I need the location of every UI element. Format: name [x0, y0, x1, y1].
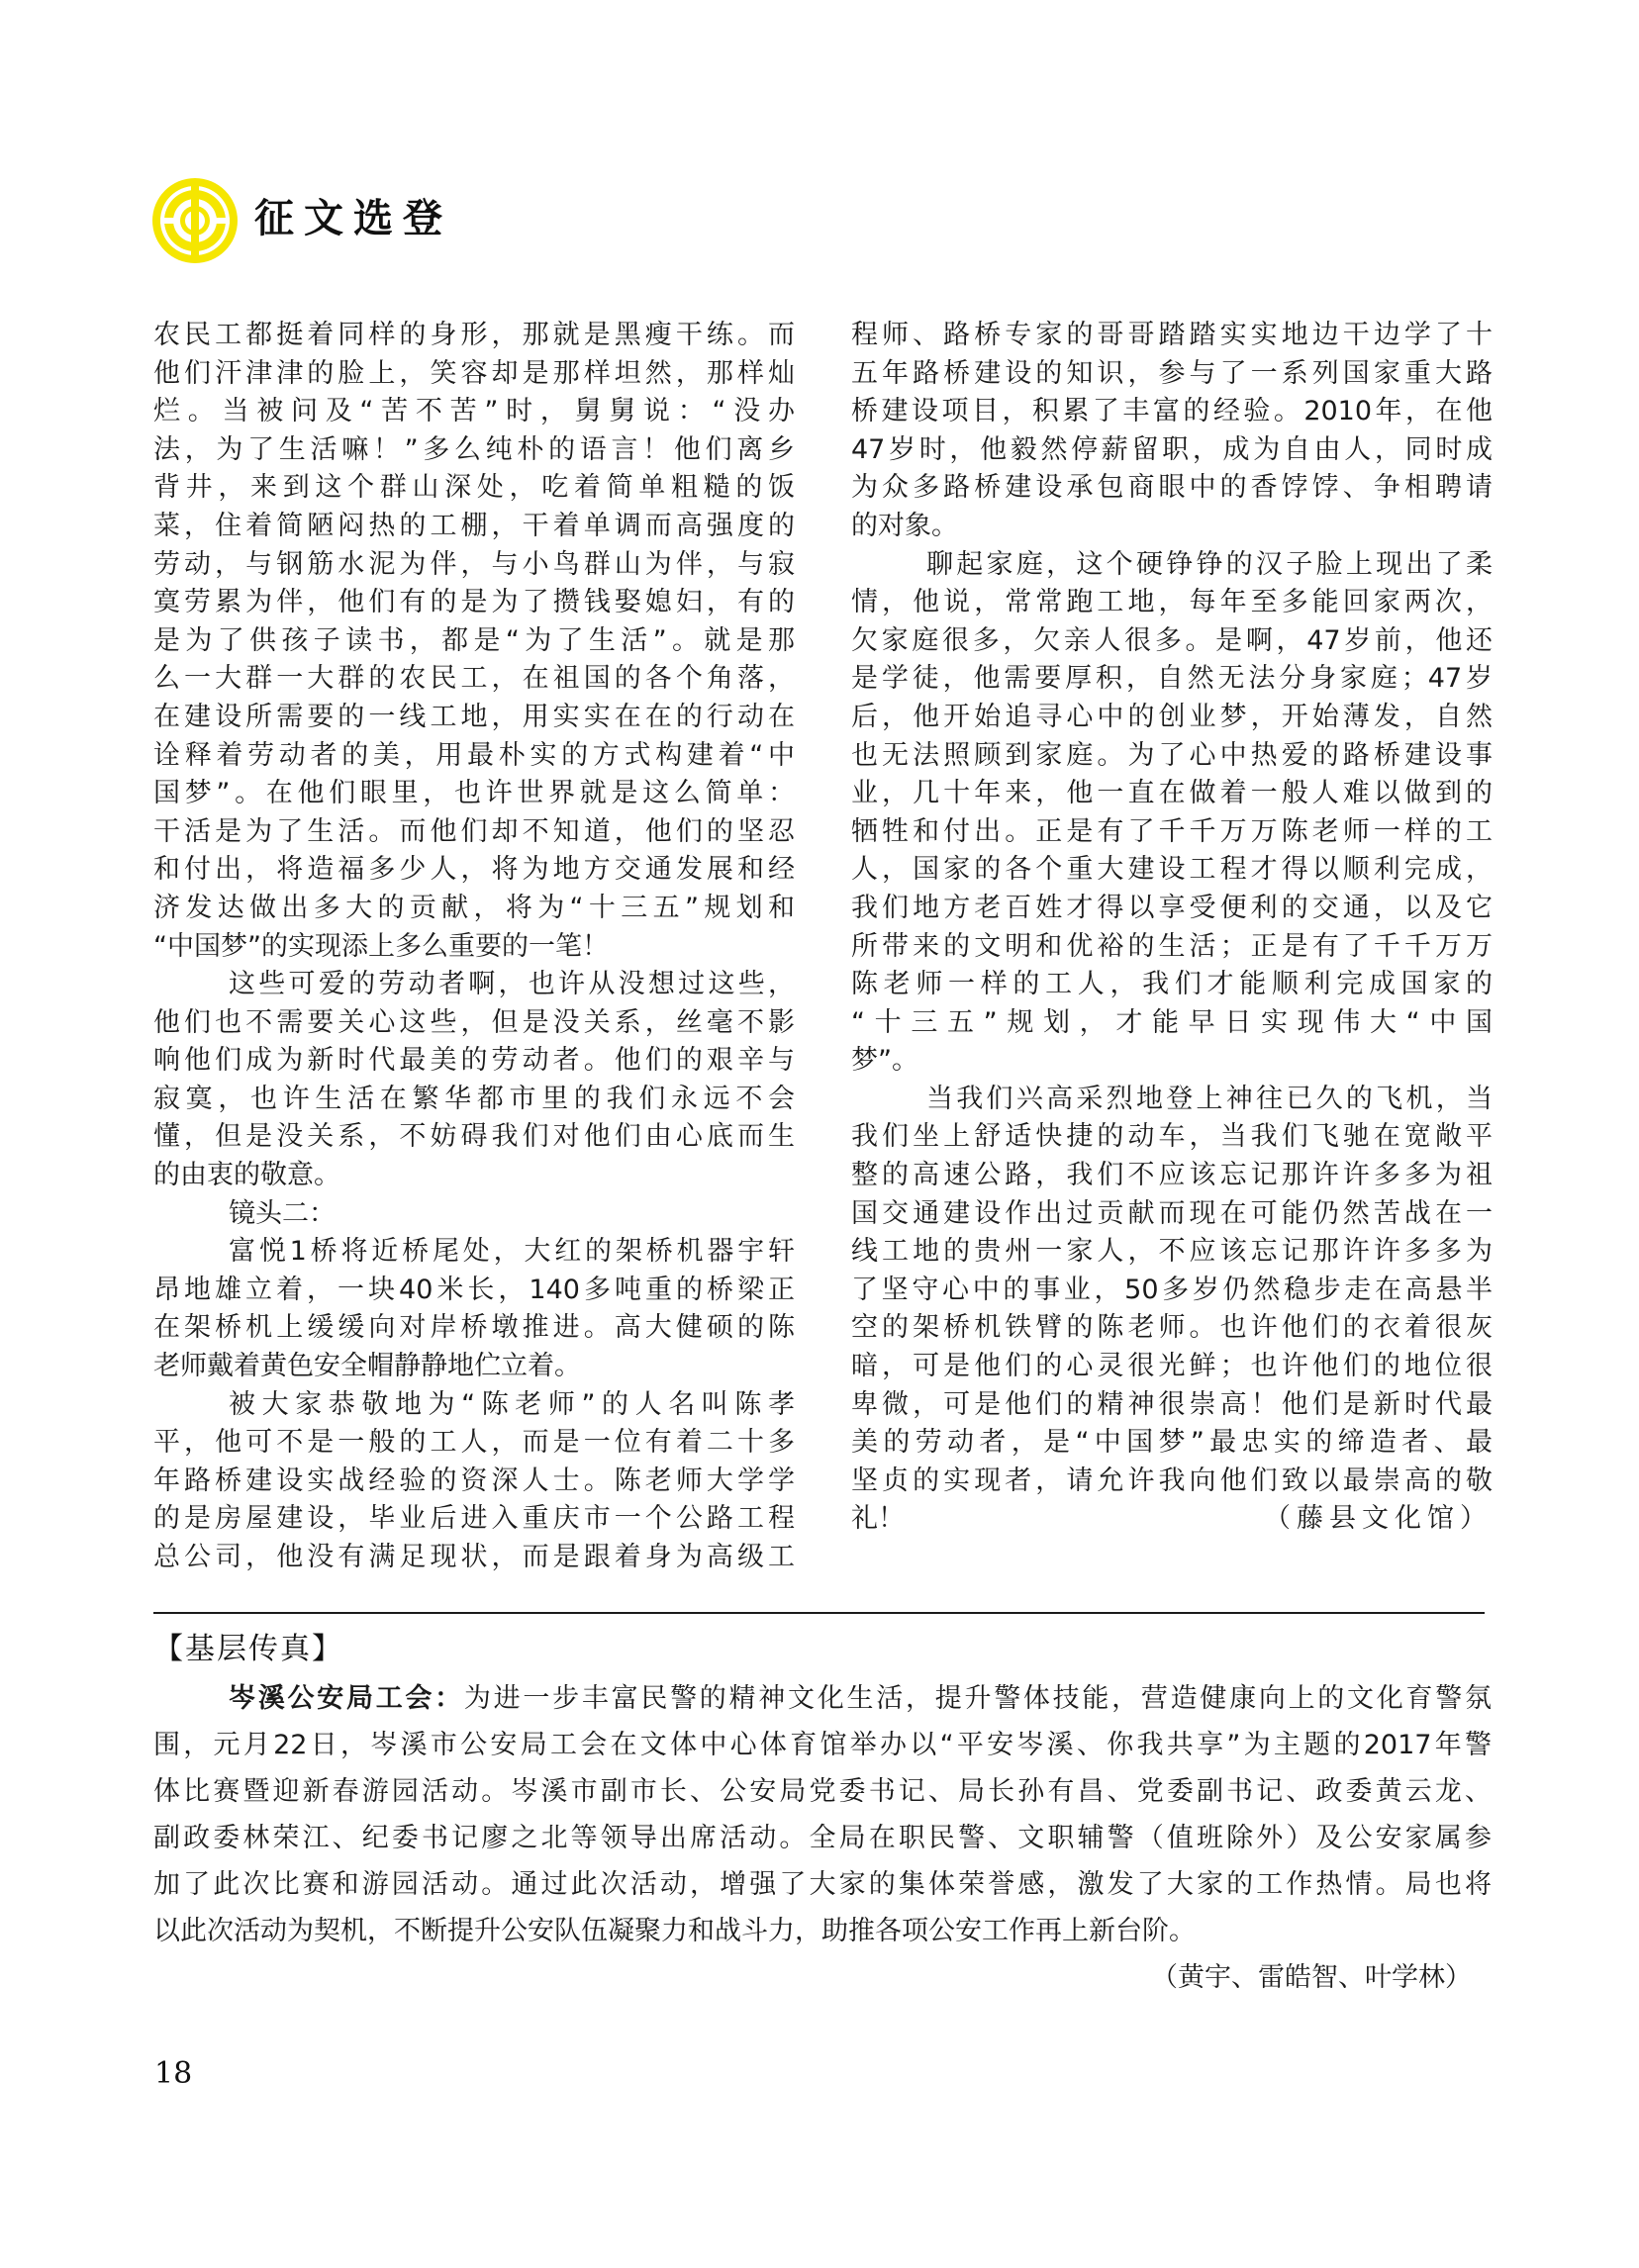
paragraph-line: “中国梦”的实现添上多么重要的一笔！: [153, 928, 795, 967]
news-line: 围，元月22日，岑溪市公安局工会在文体中心体育馆举办以“平安岑溪、你我共享”为主…: [153, 1722, 1492, 1768]
section-title: 征文选登: [254, 194, 452, 243]
paragraph-line: 47岁时，他毅然停薪留职，成为自由人，同时成: [851, 431, 1493, 470]
paragraph-line: 所带来的文明和优裕的生活；正是有了千千万万: [851, 928, 1493, 967]
paragraph-line: 的是房屋建设，毕业后进入重庆市一个公路工程: [153, 1500, 795, 1539]
paragraph-line: 也无法照顾到家庭。为了心中热爱的路桥建设事: [851, 737, 1493, 776]
news-line-text: 为进一步丰富民警的精神文化生活，提升警体技能，营造健康向上的文化育警氛: [464, 1683, 1492, 1714]
paragraph-line: 劳动，与钢筋水泥为伴，与小鸟群山为伴，与寂: [153, 546, 795, 585]
paragraph-line: 法，为了生活嘛！”多么纯朴的语言！他们离乡: [153, 431, 795, 470]
article-left-column: 农民工都挺着同样的身形，那就是黑瘦干练。而他们汗津津的脸上，笑容却是那样坦然，那…: [153, 317, 795, 1577]
paragraph-line: 情，他说，常常跑工地，每年至多能回家两次，: [851, 584, 1493, 622]
paragraph-line: 我们地方老百姓才得以享受便利的交通，以及它: [851, 890, 1493, 928]
section-divider: [153, 1612, 1485, 1614]
paragraph-line: 国交通建设作出过贡献而现在可能仍然苦战在一: [851, 1195, 1493, 1234]
news-lead: 岑溪公安局工会：: [229, 1683, 464, 1714]
paragraph-line: 人，国家的各个重大建设工程才得以顺利完成，: [851, 851, 1493, 890]
paragraph-line: 昂地雄立着，一块40米长，140多吨重的桥梁正: [153, 1272, 795, 1310]
article-attribution: （藤县文化馆）: [1264, 1500, 1493, 1539]
paragraph-line: “十三五”规划，才能早日实现伟大“中国: [851, 1004, 1493, 1043]
news-line: 副政委林荣江、纪委书记廖之北等领导出席活动。全局在职民警、文职辅警（值班除外）及…: [153, 1815, 1492, 1861]
news-body: 岑溪公安局工会：为进一步丰富民警的精神文化生活，提升警体技能，营造健康向上的文化…: [153, 1675, 1492, 1954]
news-brief: 【基层传真】 岑溪公安局工会：为进一步丰富民警的精神文化生活，提升警体技能，营造…: [153, 1628, 1492, 2001]
closing-text: 礼！: [851, 1500, 905, 1539]
paragraph-line: 欠家庭很多，欠亲人很多。是啊，47岁前，他还: [851, 622, 1493, 661]
article-closing-line: 礼！（藤县文化馆）: [851, 1500, 1493, 1539]
paragraph-line: 和付出，将造福多少人，将为地方交通发展和经: [153, 851, 795, 890]
paragraph-line: 的对象。: [851, 508, 1493, 546]
paragraph-line: 被大家恭敬地为“陈老师”的人名叫陈孝: [153, 1386, 795, 1425]
paragraph-line: 当我们兴高采烈地登上神往已久的飞机，当: [851, 1081, 1493, 1119]
paragraph-line: 卑微，可是他们的精神很崇高！他们是新时代最: [851, 1386, 1493, 1425]
paragraph-line: 在架桥机上缓缓向对岸桥墩推进。高大健硕的陈: [153, 1309, 795, 1348]
paragraph-line: 干活是为了生活。而他们却不知道，他们的坚忍: [153, 813, 795, 852]
article-right-column: 程师、路桥专家的哥哥踏踏实实地边干边学了十五年路桥建设的知识，参与了一系列国家重…: [851, 317, 1493, 1539]
paragraph-line: 我们坐上舒适快捷的动车，当我们飞驰在宽敞平: [851, 1118, 1493, 1157]
paragraph-line: 美的劳动者，是“中国梦”最忠实的缔造者、最: [851, 1424, 1493, 1463]
paragraph-line: 国梦”。在他们眼里，也许世界就是这么简单：: [153, 775, 795, 813]
paragraph-line: 寂寞，也许生活在繁华都市里的我们永远不会: [153, 1081, 795, 1119]
paragraph-line: 梦”。: [851, 1042, 1493, 1081]
paragraph-line: 线工地的贵州一家人，不应该忘记那许许多多为: [851, 1233, 1493, 1272]
paragraph-line: 暗，可是他们的心灵很光鲜；也许他们的地位很: [851, 1348, 1493, 1386]
paragraph-line: 他们汗津津的脸上，笑容却是那样坦然，那样灿: [153, 355, 795, 394]
paragraph-line: 陈老师一样的工人，我们才能顺利完成国家的: [851, 966, 1493, 1004]
news-line: 体比赛暨迎新春游园活动。岑溪市副市长、公安局党委书记、局长孙有昌、党委副书记、政…: [153, 1768, 1492, 1815]
paragraph-line: 响他们成为新时代最美的劳动者。他们的艰辛与: [153, 1042, 795, 1081]
paragraph-line: 坚贞的实现者，请允许我向他们致以最崇高的敬: [851, 1463, 1493, 1501]
paragraph-line: 为众多路桥建设承包商眼中的香饽饽、争相聘请: [851, 469, 1493, 508]
paragraph-line: 整的高速公路，我们不应该忘记那许许多多为祖: [851, 1157, 1493, 1195]
paragraph-line: 五年路桥建设的知识，参与了一系列国家重大路: [851, 355, 1493, 394]
news-section-title: 【基层传真】: [153, 1628, 1492, 1675]
paragraph-line: 空的架桥机铁臂的陈老师。也许他们的衣着很灰: [851, 1309, 1493, 1348]
paragraph-line: 济发达做出多大的贡献，将为“十三五”规划和: [153, 890, 795, 928]
news-line: 岑溪公安局工会：为进一步丰富民警的精神文化生活，提升警体技能，营造健康向上的文化…: [153, 1675, 1492, 1722]
paragraph-line: 寞劳累为伴，他们有的是为了攒钱娶媳妇，有的: [153, 584, 795, 622]
paragraph-line: 平，他可不是一般的工人，而是一位有着二十多: [153, 1424, 795, 1463]
paragraph-line: 么一大群一大群的农民工，在祖国的各个角落，: [153, 660, 795, 699]
paragraph-line: 桥建设项目，积累了丰富的经验。2010年，在他: [851, 393, 1493, 431]
paragraph-line: 这些可爱的劳动者啊，也许从没想过这些，: [153, 966, 795, 1004]
paragraph-line: 业，几十年来，他一直在做着一般人难以做到的: [851, 775, 1493, 813]
union-emblem-icon: [150, 176, 240, 265]
paragraph-line: 是学徒，他需要厚积，自然无法分身家庭；47岁: [851, 660, 1493, 699]
paragraph-line: 富悦1桥将近桥尾处，大红的架桥机器宇轩: [153, 1233, 795, 1272]
news-line: 加了此次比赛和游园活动。通过此次活动，增强了大家的集体荣誉感，激发了大家的工作热…: [153, 1861, 1492, 1908]
paragraph-line: 的由衷的敬意。: [153, 1157, 795, 1195]
paragraph-line: 牺牲和付出。正是有了千千万万陈老师一样的工: [851, 813, 1493, 852]
paragraph-line: 老师戴着黄色安全帽静静地伫立着。: [153, 1348, 795, 1386]
paragraph-line: 懂，但是没关系，不妨碍我们对他们由心底而生: [153, 1118, 795, 1157]
paragraph-line: 镜头二：: [153, 1195, 795, 1234]
paragraph-line: 诠释着劳动者的美，用最朴实的方式构建着“中: [153, 737, 795, 776]
paragraph-line: 菜，住着简陋闷热的工棚，干着单调而高强度的: [153, 508, 795, 546]
news-line: 以此次活动为契机，不断提升公安队伍凝聚力和战斗力，助推各项公安工作再上新台阶。: [153, 1908, 1492, 1954]
paragraph-line: 聊起家庭，这个硬铮铮的汉子脸上现出了柔: [851, 546, 1493, 585]
news-attribution: （黄宇、雷皓智、叶学林）: [153, 1954, 1492, 2001]
paragraph-line: 后，他开始追寻心中的创业梦，开始薄发，自然: [851, 699, 1493, 737]
paragraph-line: 农民工都挺着同样的身形，那就是黑瘦干练。而: [153, 317, 795, 355]
paragraph-line: 了坚守心中的事业，50多岁仍然稳步走在高悬半: [851, 1272, 1493, 1310]
paragraph-line: 程师、路桥专家的哥哥踏踏实实地边干边学了十: [851, 317, 1493, 355]
page-number: 18: [154, 2056, 192, 2091]
paragraph-line: 是为了供孩子读书，都是“为了生活”。就是那: [153, 622, 795, 661]
paragraph-line: 在建设所需要的一线工地，用实实在在的行动在: [153, 699, 795, 737]
paragraph-line: 年路桥建设实战经验的资深人士。陈老师大学学: [153, 1463, 795, 1501]
paragraph-line: 总公司，他没有满足现状，而是跟着身为高级工: [153, 1539, 795, 1577]
paragraph-line: 背井，来到这个群山深处，吃着简单粗糙的饭: [153, 469, 795, 508]
paragraph-line: 烂。当被问及“苦不苦”时，舅舅说：“没办: [153, 393, 795, 431]
paragraph-line: 他们也不需要关心这些，但是没关系，丝毫不影: [153, 1004, 795, 1043]
